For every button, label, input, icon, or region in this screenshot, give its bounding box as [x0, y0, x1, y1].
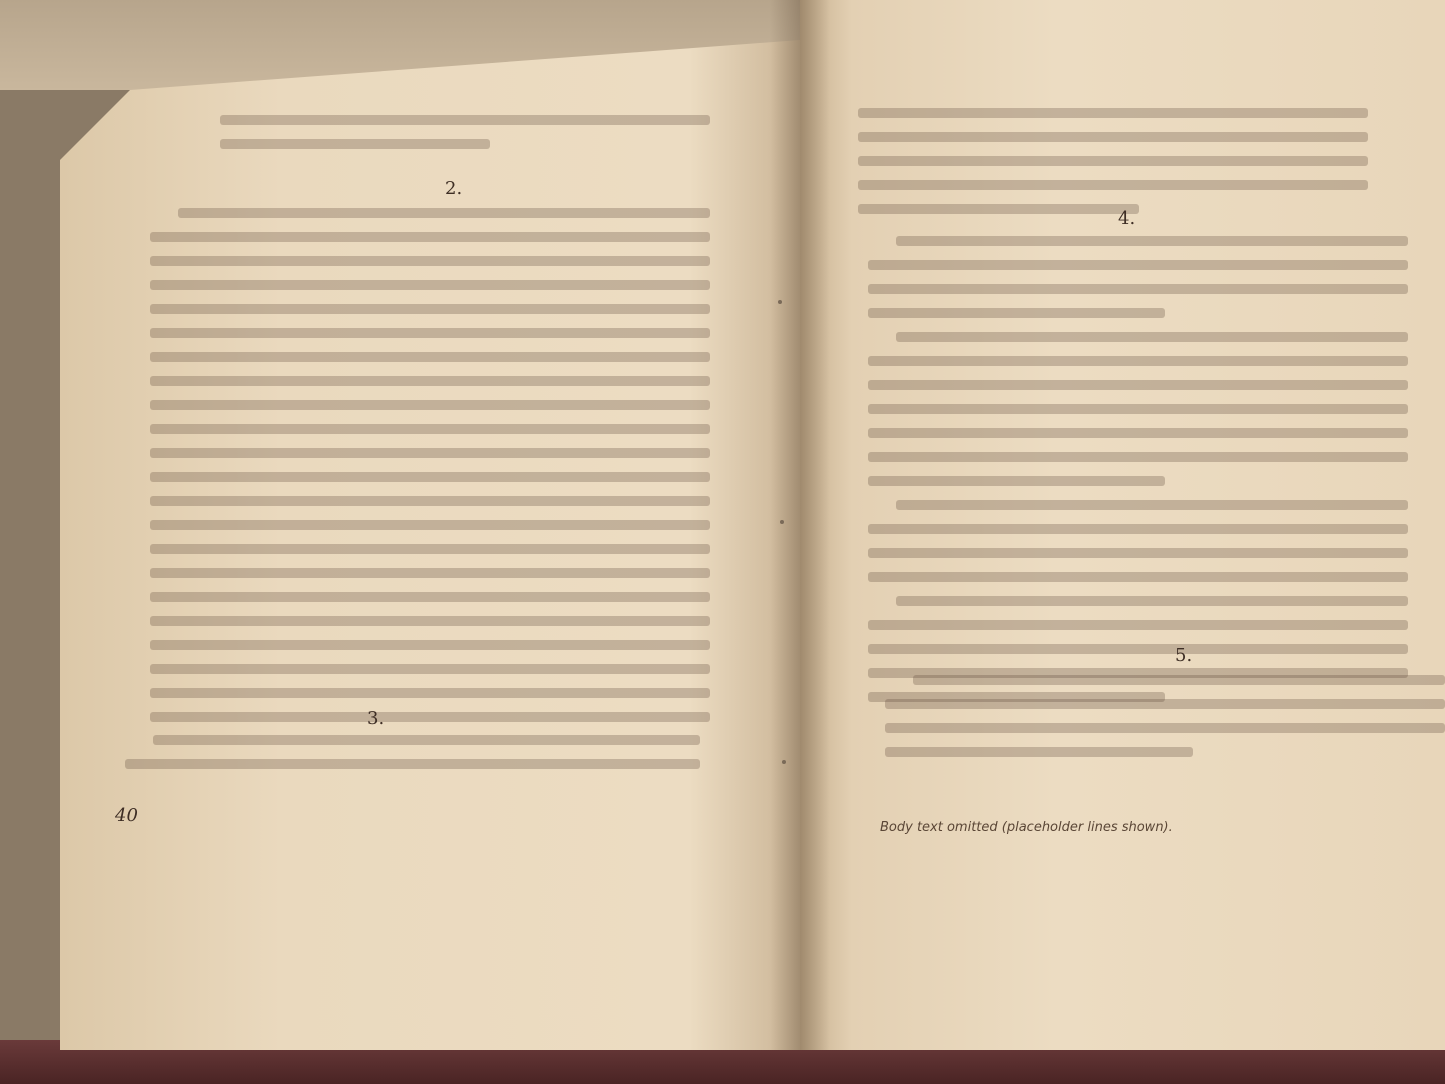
left-page-section-2-body: [150, 208, 710, 736]
right-page-section-4-body: [868, 236, 1408, 716]
binding-stitch: [782, 760, 786, 764]
section-number: 3.: [367, 708, 384, 729]
binding-stitch: [778, 300, 782, 304]
left-page-section-3-body: [125, 735, 700, 783]
book-gutter-shadow: [770, 0, 830, 1050]
page-number: 40: [115, 805, 138, 826]
section-number: 4.: [1118, 208, 1135, 229]
section-number: 5.: [1175, 645, 1192, 666]
section-number: 2.: [445, 178, 462, 199]
content-omitted-notice: Body text omitted (placeholder lines sho…: [880, 820, 1360, 835]
left-page-opening-paragraph: [220, 115, 710, 163]
right-page-continued-paragraph: [858, 108, 1368, 228]
binding-stitch: [780, 520, 784, 524]
right-page-section-5-body: [885, 675, 1445, 771]
